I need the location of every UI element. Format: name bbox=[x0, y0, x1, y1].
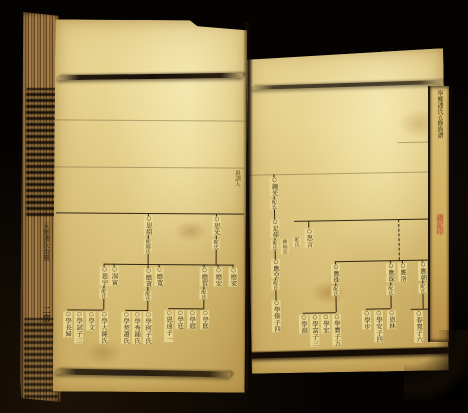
branch-marker: 二房 bbox=[40, 306, 52, 322]
person-node: ○學安子四 bbox=[374, 310, 384, 342]
book-photo: ○思紹配鄒氏○思光配氏○應寊配氏○恩宇配氏○洞寅○應寬○應賀配氏○應安○應寀○學… bbox=[0, 0, 468, 413]
gutter-annotation: 祖訓人 bbox=[232, 170, 240, 187]
tree-line bbox=[233, 265, 234, 273]
red-seal-stamp: 譜記印 bbox=[433, 214, 444, 235]
tree-line bbox=[411, 308, 445, 310]
tree-line bbox=[366, 308, 391, 309]
node-circle-icon: ○ bbox=[88, 312, 94, 318]
node-circle-icon: ○ bbox=[157, 267, 163, 273]
node-circle-icon: ○ bbox=[400, 263, 406, 269]
genealogy-tree-left: ○思紹配鄒氏○思光配氏○應寊配氏○恩宇配氏○洞寅○應寬○應賀配氏○應安○應寀○學… bbox=[53, 19, 248, 392]
tree-line bbox=[218, 264, 219, 272]
tree-line bbox=[390, 260, 392, 308]
person-node: ○學大陳氏 bbox=[99, 312, 108, 344]
page-corner-shadow bbox=[404, 330, 468, 400]
person-node: 配氏 bbox=[212, 239, 220, 249]
person-node: ○應寀 bbox=[228, 268, 237, 287]
person-node: ○應寬 bbox=[154, 267, 163, 286]
person-node: 配氏 bbox=[199, 289, 207, 299]
person-node: ○恩宇 bbox=[99, 267, 108, 286]
genealogy-tree-right: ○鐘光配氏○足俸配氏○應空配氏○學傣子四○思言配氏韓瑞廷○應珠配氏○應琛配氏○應… bbox=[246, 48, 449, 373]
person-node: ○思言 bbox=[304, 229, 313, 248]
person-node: ○恩林 bbox=[387, 310, 396, 329]
person-node: ○學長婦 bbox=[63, 311, 72, 337]
tree-line bbox=[216, 213, 217, 264]
tree-line bbox=[56, 212, 244, 214]
person-node: ○恩遠子一 bbox=[164, 310, 173, 342]
person-node: ○應賀 bbox=[199, 267, 208, 286]
node-circle-icon: ○ bbox=[301, 315, 307, 321]
person-node: ○學宏 bbox=[321, 314, 330, 333]
node-circle-icon: ○ bbox=[101, 312, 107, 318]
node-circle-icon: ○ bbox=[306, 229, 312, 235]
node-circle-icon: ○ bbox=[134, 312, 140, 318]
person-node: 配氏 bbox=[271, 280, 279, 290]
node-circle-icon: ○ bbox=[431, 310, 437, 316]
person-node: ○學文 bbox=[86, 312, 95, 331]
node-circle-icon: ○ bbox=[102, 267, 108, 273]
person-node: ○思光 bbox=[212, 216, 221, 235]
person-node: 配氏 bbox=[386, 285, 394, 295]
tree-line bbox=[104, 264, 234, 266]
tree-line bbox=[422, 260, 424, 309]
node-circle-icon: ○ bbox=[420, 262, 426, 268]
person-node: ○學傣子四 bbox=[272, 300, 282, 332]
node-circle-icon: ○ bbox=[416, 311, 422, 317]
node-circle-icon: ○ bbox=[271, 177, 277, 183]
person-node: ○學富子三 bbox=[310, 315, 320, 347]
person-node: ○學珂子氏 bbox=[143, 312, 152, 344]
tree-line bbox=[248, 171, 445, 175]
binding-ink-smudge bbox=[24, 318, 58, 398]
tree-line bbox=[335, 260, 432, 263]
node-circle-icon: ○ bbox=[312, 315, 318, 321]
left-page: ○思紹配鄒氏○思光配氏○應寊配氏○恩宇配氏○洞寅○應寬○應賀配氏○應安○應寀○學… bbox=[53, 19, 248, 392]
tree-line bbox=[335, 261, 337, 312]
tree-line bbox=[54, 166, 244, 168]
person-node: ○思紹 bbox=[144, 216, 153, 235]
node-circle-icon: ○ bbox=[272, 219, 278, 225]
person-node: ○應洛 bbox=[398, 263, 407, 282]
tree-line bbox=[159, 264, 160, 272]
tree-line bbox=[147, 213, 149, 310]
person-node: ○應珠 bbox=[331, 264, 340, 283]
tree-line bbox=[55, 119, 245, 121]
book-binding-edge bbox=[20, 12, 62, 402]
node-circle-icon: ○ bbox=[166, 310, 172, 316]
person-node: 配氏 bbox=[99, 289, 107, 299]
person-node: 配氏 bbox=[292, 237, 300, 247]
person-node: ○學遐 bbox=[187, 310, 196, 329]
node-circle-icon: ○ bbox=[231, 268, 237, 274]
node-circle-icon: ○ bbox=[177, 310, 183, 316]
tree-line bbox=[398, 141, 445, 143]
person-node: ○學淵 bbox=[299, 315, 308, 334]
person-node: ○學步 bbox=[362, 311, 371, 330]
stain bbox=[397, 108, 442, 139]
cover-edge-label-strip: 寧鄉潘氏五修族譜 譜記印 bbox=[428, 86, 452, 342]
node-circle-icon: ○ bbox=[388, 263, 394, 269]
node-circle-icon: ○ bbox=[76, 311, 82, 317]
tree-line bbox=[168, 308, 204, 309]
person-node: 配氏 bbox=[270, 199, 278, 209]
person-node: ○足俸 bbox=[270, 219, 279, 238]
person-node: ○應安 bbox=[213, 267, 222, 286]
person-node: 配氏 bbox=[418, 284, 426, 294]
node-circle-icon: ○ bbox=[202, 310, 208, 316]
person-node: ○學契蕭氏 bbox=[121, 312, 130, 344]
tree-line bbox=[273, 174, 276, 306]
node-circle-icon: ○ bbox=[364, 311, 370, 317]
node-circle-icon: ○ bbox=[146, 216, 152, 222]
book-gutter-shadow bbox=[243, 22, 253, 390]
stain bbox=[83, 340, 123, 366]
node-circle-icon: ○ bbox=[333, 264, 339, 270]
node-circle-icon: ○ bbox=[214, 216, 220, 222]
node-circle-icon: ○ bbox=[389, 310, 395, 316]
tree-line bbox=[294, 218, 446, 222]
tree-line bbox=[103, 264, 104, 310]
person-node: 配鄒氏 bbox=[144, 239, 152, 254]
node-circle-icon: ○ bbox=[274, 300, 280, 306]
volume-margin-title: 五修潘氏齿冊 bbox=[38, 222, 50, 261]
tree-line bbox=[303, 312, 336, 314]
person-node: ○春寬子六 bbox=[414, 311, 424, 343]
cover-title-label: 寧鄉潘氏五修族譜 bbox=[433, 90, 443, 138]
node-circle-icon: ○ bbox=[146, 268, 152, 274]
tree-line bbox=[114, 264, 115, 272]
stain bbox=[174, 220, 208, 242]
page-border-rule bbox=[249, 347, 450, 358]
tree-line bbox=[402, 260, 403, 267]
person-node: ○鐘光 bbox=[269, 177, 278, 196]
tree-line bbox=[67, 309, 103, 310]
node-circle-icon: ○ bbox=[65, 311, 71, 317]
person-node: ○學寬子四 bbox=[429, 310, 439, 342]
node-circle-icon: ○ bbox=[145, 312, 151, 318]
person-node: ○洞寅 bbox=[109, 267, 118, 286]
ink-bleed-band bbox=[251, 80, 443, 90]
ink-bleed-band bbox=[55, 368, 231, 377]
person-node: ○學熙 bbox=[200, 310, 209, 329]
binding-ink-smudge bbox=[26, 88, 56, 216]
person-node: ○學試子三 bbox=[74, 311, 83, 343]
person-node: 配氏 bbox=[271, 240, 279, 250]
person-node: ○學鳳 bbox=[441, 310, 450, 329]
node-circle-icon: ○ bbox=[273, 259, 279, 265]
node-circle-icon: ○ bbox=[216, 267, 222, 273]
person-node: 配氏 bbox=[331, 286, 339, 296]
person-node: ○學秀鍾氏 bbox=[132, 312, 141, 344]
node-circle-icon: ○ bbox=[123, 312, 129, 318]
person-node: 配氏 bbox=[143, 291, 151, 301]
person-node: ○應寊 bbox=[143, 268, 152, 287]
person-node: ○應空 bbox=[271, 259, 280, 278]
node-circle-icon: ○ bbox=[189, 310, 195, 316]
tree-line bbox=[125, 310, 148, 311]
stain bbox=[310, 280, 346, 305]
right-page: ○鐘光配氏○足俸配氏○應空配氏○學傣子四○思言配氏韓瑞廷○應珠配氏○應琛配氏○應… bbox=[246, 48, 449, 373]
person-node: ○學寶子五 bbox=[332, 314, 342, 346]
node-circle-icon: ○ bbox=[112, 267, 118, 273]
node-circle-icon: ○ bbox=[202, 267, 208, 273]
tree-line bbox=[203, 264, 204, 308]
person-node: ○學廷 bbox=[175, 310, 184, 329]
node-circle-icon: ○ bbox=[334, 314, 340, 320]
node-circle-icon: ○ bbox=[443, 310, 449, 316]
person-node: ○應朝 bbox=[418, 262, 427, 281]
ink-bleed-band bbox=[57, 73, 243, 81]
person-node: 韓瑞廷 bbox=[280, 239, 288, 254]
person-node: ○應琛 bbox=[386, 263, 395, 282]
tree-line bbox=[398, 219, 401, 260]
node-circle-icon: ○ bbox=[323, 314, 329, 320]
tree-line bbox=[308, 221, 309, 228]
node-circle-icon: ○ bbox=[376, 310, 382, 316]
